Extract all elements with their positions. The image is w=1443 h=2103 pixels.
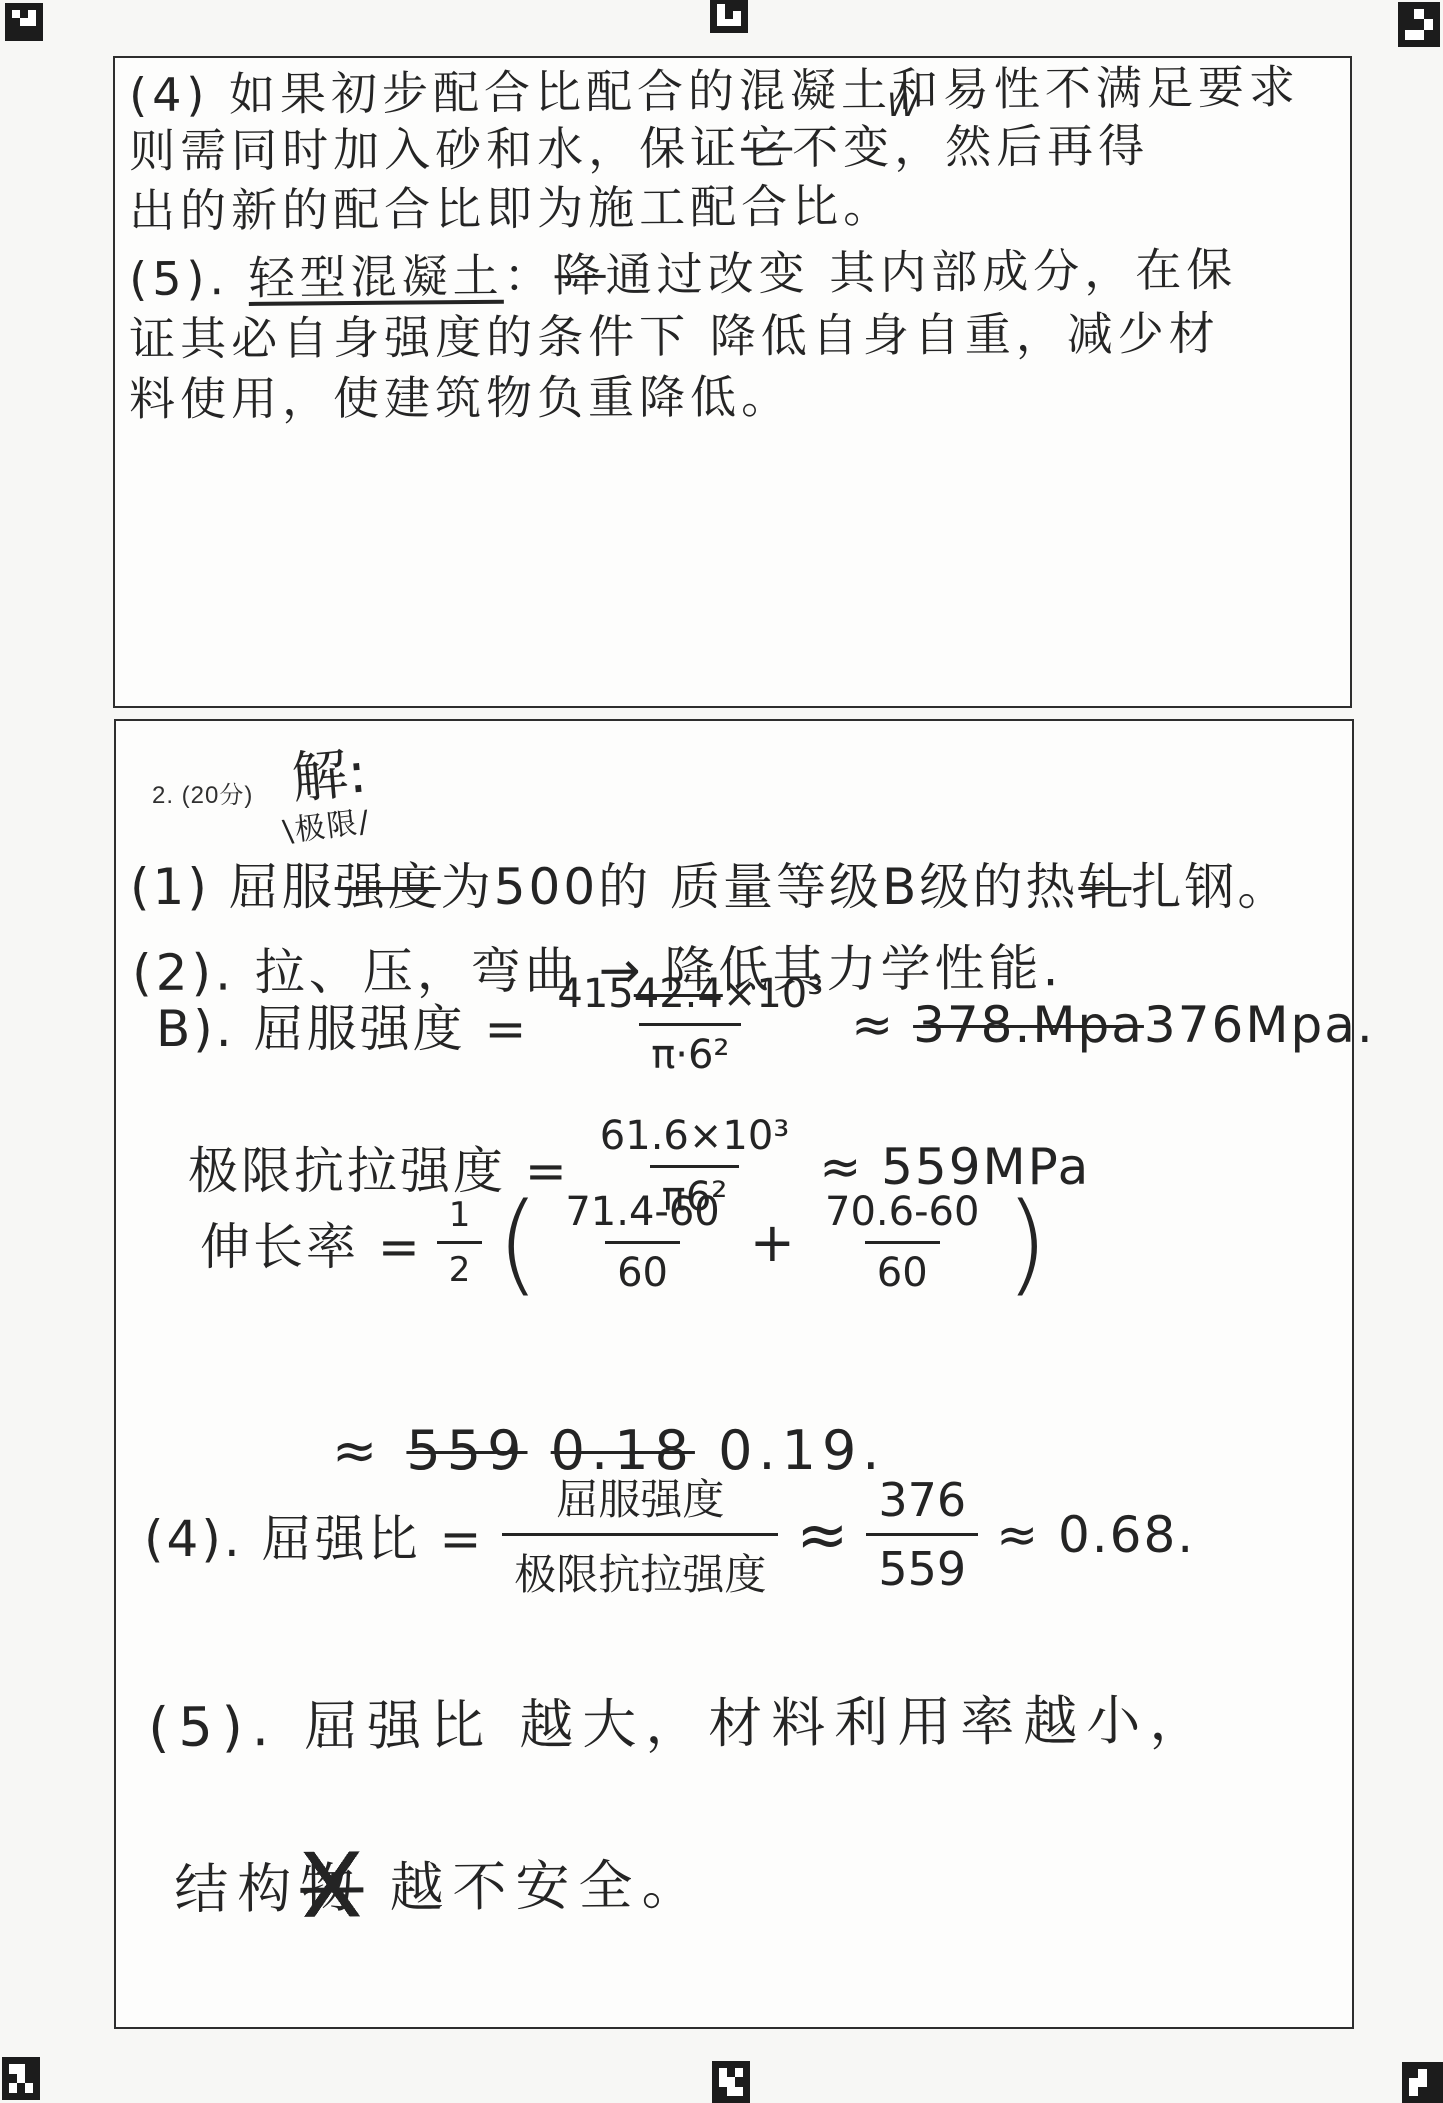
fraction-denominator: 60	[605, 1241, 680, 1296]
fiducial-marker-top-middle-icon	[710, 0, 748, 33]
fraction-denominator: 559	[866, 1533, 978, 1596]
fraction-numerator: 71.4-60	[553, 1189, 731, 1241]
formula-label: B). 屈服强度 =	[156, 989, 529, 1061]
formula-result: ≈ 378.Mpa376Mpa.	[851, 996, 1375, 1054]
handwritten-line-4a: (4) 如果初步配合比配合的混凝土和易性不满足要求	[129, 60, 1300, 122]
formula-yield-strength: B). 屈服强度 = 41542.4×10³ π·6² ≈ 378.Mpa376…	[156, 971, 1375, 1078]
handwritten-line-5a: (5). 轻型混凝土：降通过改变 其内部成分，在保	[129, 242, 1237, 306]
fraction-numerator: 屈服强度	[544, 1467, 736, 1533]
question-number-label: 2. (20分)	[152, 775, 253, 810]
conclusion-line-1: (5). 屈强比 越大，材料利用率越小，	[148, 1678, 1213, 1762]
open-paren: (	[496, 1199, 539, 1287]
fraction: 71.4-60 60	[553, 1189, 731, 1296]
handwritten-answer-1: (1) 屈服强度为500的 质量等级B级的热轧扎钢。	[130, 847, 1290, 919]
fraction-denominator: 2	[437, 1241, 483, 1290]
formula-label: 伸长率 =	[200, 1207, 423, 1279]
fiducial-marker-bottom-left-icon	[2, 2057, 40, 2100]
fraction: 41542.4×10³ π·6²	[545, 971, 835, 1078]
formula-result: ≈ 559MPa	[819, 1138, 1090, 1196]
fiducial-marker-top-right-icon	[1398, 2, 1440, 47]
close-paren: )	[1005, 1199, 1048, 1287]
fraction: 376 559	[866, 1473, 978, 1596]
formula-elongation: 伸长率 = 1 2 ( 71.4-60 60 + 70.6-60 60 )	[200, 1189, 1048, 1296]
scanned-page: (4) 如果初步配合比配合的混凝土和易性不满足要求 则需同时加入砂和水，保证它不…	[0, 0, 1443, 2103]
wc-ratio-annotation: W	[887, 86, 919, 124]
handwritten-line-5c: 料使用，使建筑物负重降低。	[129, 370, 792, 426]
fraction-denominator: 极限抗拉强度	[502, 1533, 778, 1602]
fraction-numerator: 376	[866, 1473, 978, 1533]
fiducial-marker-bottom-middle-icon	[712, 2061, 750, 2103]
fraction-numerator: 41542.4×10³	[545, 971, 835, 1023]
fraction-denominator: 60	[865, 1241, 940, 1296]
answer-box-2: 2. (20分) 解: \极限/ (1) 屈服强度为500的 质量等级B级的热轧…	[114, 719, 1354, 2029]
fraction: 70.6-60 60	[813, 1189, 991, 1296]
handwritten-line-4b: 则需同时加入砂和水，保证它不变，然后再得	[129, 119, 1149, 178]
handwritten-line-5b: 证其必自身强度的条件下 降低自身自重，减少材	[129, 306, 1220, 366]
fraction-numerator: 61.6×10³	[588, 1113, 802, 1165]
fraction-numerator: 1	[437, 1195, 483, 1241]
conclusion-line-2: 结构物 越不安全。	[174, 1842, 705, 1924]
fraction-denominator: π·6²	[639, 1023, 741, 1078]
approx-sign: ≈	[796, 1498, 848, 1571]
fraction: 屈服强度 极限抗拉强度	[502, 1467, 778, 1602]
fiducial-marker-bottom-right-icon	[1402, 2062, 1443, 2103]
answer-box-1: (4) 如果初步配合比配合的混凝土和易性不满足要求 则需同时加入砂和水，保证它不…	[113, 56, 1352, 708]
formula-yield-ratio: (4). 屈强比 = 屈服强度 极限抗拉强度 ≈ 376 559 ≈ 0.68.	[144, 1467, 1195, 1602]
inserted-correction-note: \极限/	[280, 796, 373, 850]
fraction-numerator: 70.6-60	[813, 1189, 991, 1241]
handwritten-line-4c: 出的新的配合比即为施工配合比。	[129, 179, 894, 238]
formula-label: (4). 屈强比 =	[144, 1499, 484, 1571]
plus-sign: +	[746, 1211, 799, 1274]
formula-result: ≈ 0.68.	[996, 1506, 1195, 1564]
fiducial-marker-top-left-icon	[5, 3, 43, 41]
fraction-one-half: 1 2	[437, 1195, 483, 1290]
